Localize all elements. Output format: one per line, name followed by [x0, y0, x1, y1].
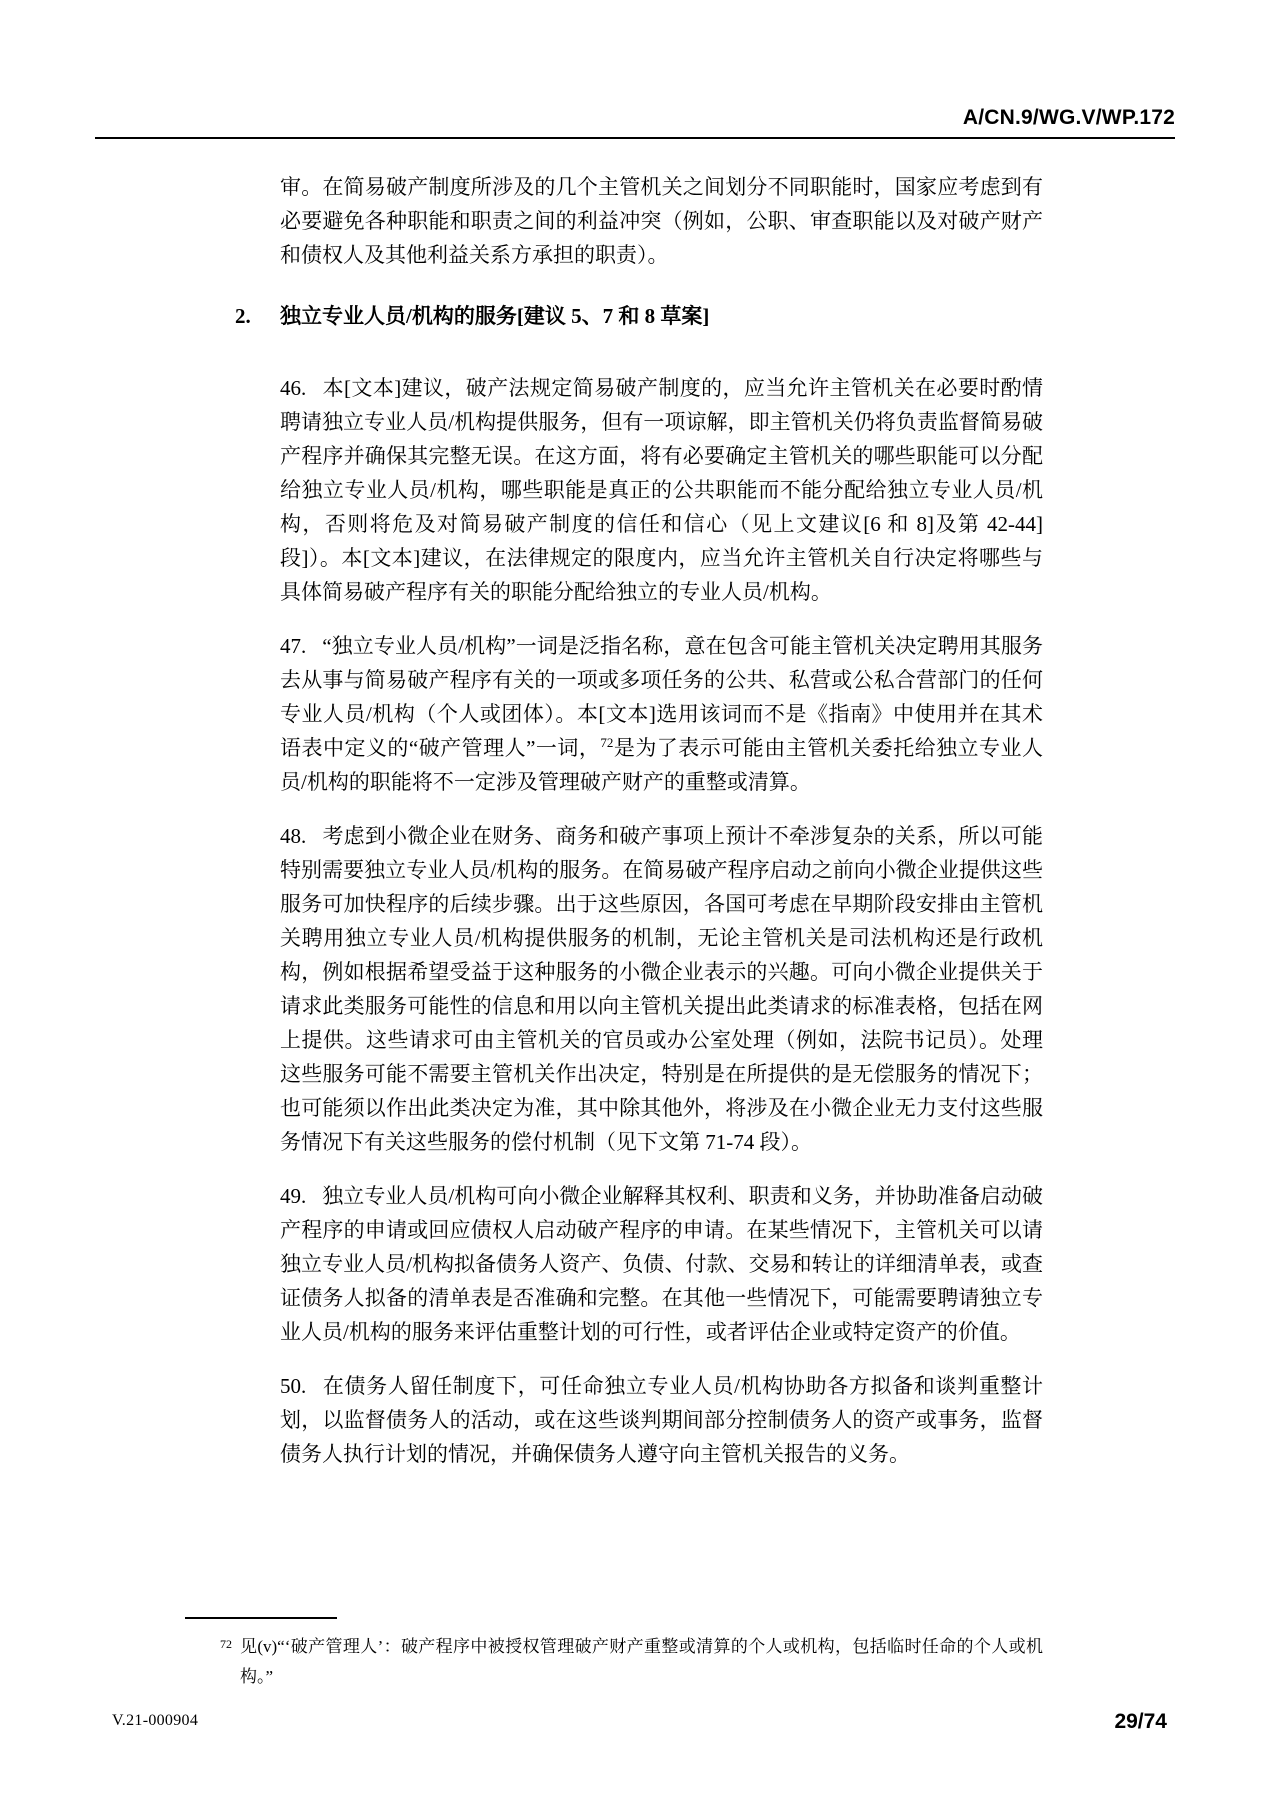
paragraph-49: 49.独立专业人员/机构可向小微企业解释其权利、职责和义务，并协助准备启动破产程…	[280, 1179, 1043, 1349]
section-heading: 2.独立专业人员/机构的服务[建议 5、7 和 8 草案]	[235, 301, 1043, 331]
paragraph-48-number: 48.	[280, 824, 322, 848]
footnote-72: 72见(v)“‘破产管理人’：破产程序中被授权管理破产财产重整或清算的个人或机构…	[240, 1632, 1043, 1692]
paragraph-48: 48.考虑到小微企业在财务、商务和破产事项上预计不牵涉复杂的关系，所以可能特别需…	[280, 819, 1043, 1159]
paragraph-49-number: 49.	[280, 1184, 322, 1208]
paragraph-50-number: 50.	[280, 1374, 322, 1398]
paragraph-48-text: 考虑到小微企业在财务、商务和破产事项上预计不牵涉复杂的关系，所以可能特别需要独立…	[280, 824, 1043, 1154]
paragraph-50-text: 在债务人留任制度下，可任命独立专业人员/机构协助各方拟备和谈判重整计划，以监督债…	[280, 1374, 1043, 1466]
footnote-72-number: 72	[220, 1629, 232, 1659]
continuation-paragraph-text: 审。在简易破产制度所涉及的几个主管机关之间划分不同职能时，国家应考虑到有必要避免…	[280, 170, 1043, 272]
footnote-72-reference: 72	[600, 735, 613, 750]
section-number: 2.	[235, 301, 280, 331]
paragraph-list: 46.本[文本]建议，破产法规定简易破产制度的，应当允许主管机关在必要时酌情聘请…	[280, 371, 1043, 1491]
header-doc-symbol: A/CN.9/WG.V/WP.172	[0, 106, 1175, 130]
paragraph-47-number: 47.	[280, 634, 322, 658]
paragraph-46-text: 本[文本]建议，破产法规定简易破产制度的，应当允许主管机关在必要时酌情聘请独立专…	[280, 376, 1043, 604]
paragraph-49-text: 独立专业人员/机构可向小微企业解释其权利、职责和义务，并协助准备启动破产程序的申…	[280, 1184, 1043, 1344]
paragraph-47: 47.“独立专业人员/机构”一词是泛指名称，意在包含可能主管机关决定聘用其服务去…	[280, 629, 1043, 799]
document-page: A/CN.9/WG.V/WP.172 审。在简易破产制度所涉及的几个主管机关之间…	[0, 0, 1280, 1809]
paragraph-46-number: 46.	[280, 376, 322, 400]
footnote-separator	[185, 1617, 337, 1619]
footer-doc-number: V.21-000904	[112, 1712, 198, 1730]
section-title: 独立专业人员/机构的服务[建议 5、7 和 8 草案]	[280, 304, 709, 328]
footer-page-number: 29/74	[1114, 1710, 1167, 1734]
paragraph-50: 50.在债务人留任制度下，可任命独立专业人员/机构协助各方拟备和谈判重整计划，以…	[280, 1369, 1043, 1471]
continuation-paragraph: 审。在简易破产制度所涉及的几个主管机关之间划分不同职能时，国家应考虑到有必要避免…	[280, 170, 1043, 272]
paragraph-46: 46.本[文本]建议，破产法规定简易破产制度的，应当允许主管机关在必要时酌情聘请…	[280, 371, 1043, 609]
header-rule	[95, 137, 1175, 139]
footnote-72-text: 见(v)“‘破产管理人’：破产程序中被授权管理破产财产重整或清算的个人或机构，包…	[240, 1637, 1043, 1686]
